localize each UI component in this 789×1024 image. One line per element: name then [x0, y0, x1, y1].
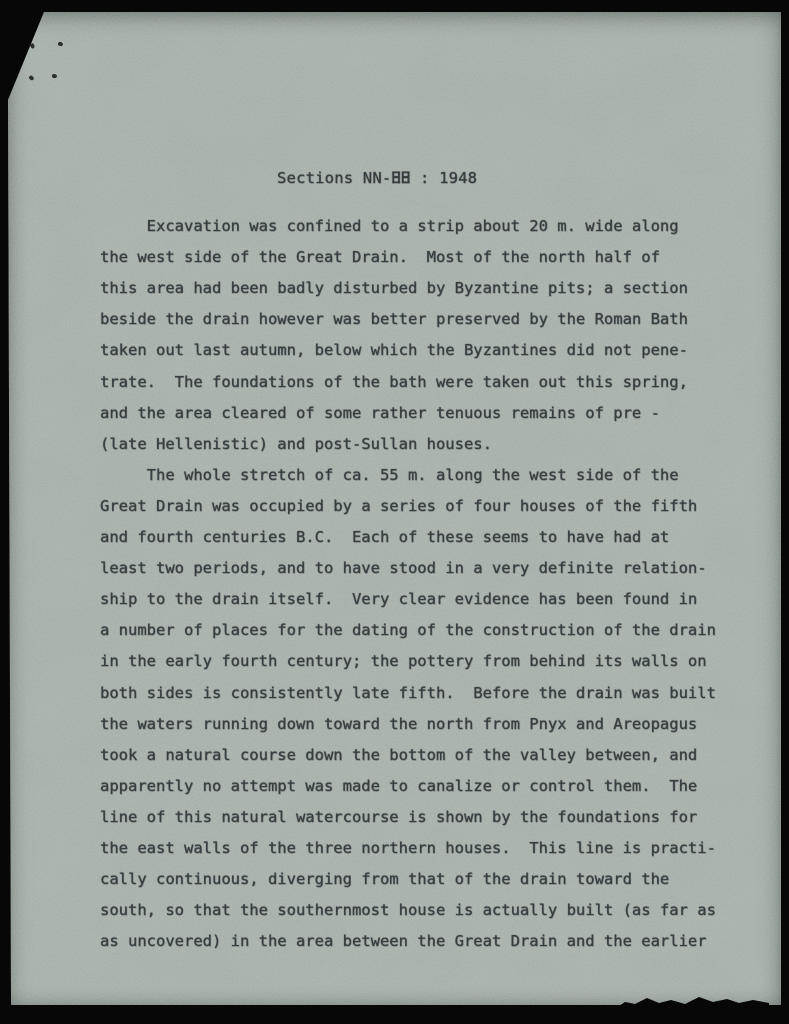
text-line: and the area cleared of some rather tenu… — [100, 398, 741, 429]
staple-hole — [30, 43, 35, 49]
text-line: this area had been badly disturbed by By… — [100, 273, 741, 304]
document-page: Sections NN-HHΞΞ : 1948 Excavation was c… — [8, 12, 781, 1005]
text-line: The whole stretch of ca. 55 m. along the… — [100, 460, 741, 491]
staple-hole — [58, 41, 64, 46]
text-line: least two periods, and to have stood in … — [100, 553, 741, 584]
text-line: (late Hellenistic) and post-Sullan house… — [100, 429, 741, 460]
scanned-page-background: Sections NN-HHΞΞ : 1948 Excavation was c… — [0, 0, 789, 1024]
staple-hole — [28, 75, 34, 81]
text-line: the west side of the Great Drain. Most o… — [100, 242, 741, 273]
text-line: apparently no attempt was made to canali… — [100, 771, 741, 802]
text-line: a number of places for the dating of the… — [100, 615, 741, 646]
title-suffix: : 1948 — [410, 169, 477, 187]
title-prefix: Sections NN- — [277, 169, 391, 187]
text-line: the waters running down toward the north… — [100, 709, 741, 740]
text-line: south, so that the southernmost house is… — [100, 895, 741, 926]
text-line: Great Drain was occupied by a series of … — [100, 491, 741, 522]
typewritten-text: Sections NN-HHΞΞ : 1948 Excavation was c… — [100, 163, 741, 957]
text-line: ship to the drain itself. Very clear evi… — [100, 584, 741, 615]
staple-hole — [52, 74, 57, 78]
text-line: line of this natural watercourse is show… — [100, 802, 741, 833]
document-body: Excavation was confined to a strip about… — [100, 211, 741, 957]
torn-edge — [619, 992, 769, 1006]
text-line: beside the drain however was better pres… — [100, 304, 741, 335]
text-line: taken out last autumn, below which the B… — [100, 335, 741, 366]
text-line: took a natural course down the bottom of… — [100, 740, 741, 771]
text-line: in the early fourth century; the pottery… — [100, 646, 741, 677]
overstrike-overlay: ΞΞ — [391, 163, 410, 194]
text-line: Excavation was confined to a strip about… — [100, 211, 741, 242]
title-overstrike: HHΞΞ — [391, 163, 410, 194]
text-line: the east walls of the three northern hou… — [100, 833, 741, 864]
document-title: Sections NN-HHΞΞ : 1948 — [277, 163, 741, 194]
text-line: trate. The foundations of the bath were … — [100, 367, 741, 398]
text-line: and fourth centuries B.C. Each of these … — [100, 522, 741, 553]
text-line: both sides is consistently late fifth. B… — [100, 678, 741, 709]
text-line: as uncovered) in the area between the Gr… — [100, 926, 741, 957]
text-line: cally continuous, diverging from that of… — [100, 864, 741, 895]
